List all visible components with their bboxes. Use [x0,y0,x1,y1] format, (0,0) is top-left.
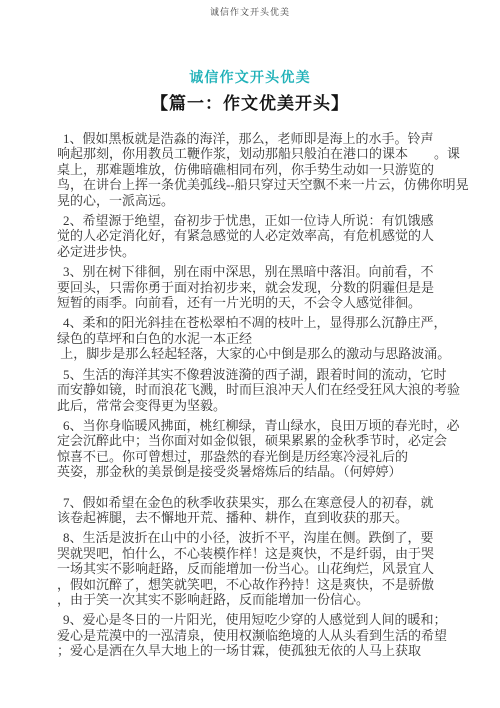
running-header: 诚信作文开头优美 [0,0,500,18]
document-body: 1、假如黑板就是浩淼的海洋，那么，老师即是海上的水手。铃声 响起那刻，你用教员工… [57,131,470,659]
paragraph: 3、别在树下徘徊，别在雨中深思，别在黑暗中落泪。向前看，不 要回头，只需你勇于面… [57,264,470,310]
paragraph: 5、生活的海洋其实不像碧波涟漪的西子湖，跟着时间的流动，它时 而安静如镜，时而浪… [57,367,470,413]
paragraph: 4、柔和的阳光斜挂在苍松翠柏不凋的枝叶上，显得那么沉静庄严， 绿色的草坪和白色的… [57,315,470,361]
paragraph: 6、当你身临暖风拂面，桃红柳绿，青山绿水，良田万顷的春光时，必 定会沉醉此中；当… [57,418,470,480]
paragraph: 8、生活是波折在山中的小径，波折不平，沟崖在侧。跌倒了，要 哭就哭吧，怕什么，不… [57,530,470,607]
document-page: 诚信作文开头优美 诚信作文开头优美 【篇一：作文优美开头】 1、假如黑板就是浩淼… [0,0,500,708]
paragraph: 7、假如希望在金色的秋季收获果实，那么在寒意侵人的初春，就 该卷起裤腿，去不懈地… [57,495,470,526]
section-title: 【篇一：作文优美开头】 [0,89,500,114]
paragraph: 2、希望源于绝望，奋初步于忧患，正如一位诗人所说：有饥饿感 觉的人必定消化好，有… [57,213,470,259]
document-title: 诚信作文开头优美 [0,67,500,87]
paragraph: 1、假如黑板就是浩淼的海洋，那么，老师即是海上的水手。铃声 响起那刻，你用教员工… [57,131,470,208]
paragraph: 9、爱心是冬日的一片阳光，使用短吃少穿的人感觉到人间的暖和； 爱心是荒漠中的一泓… [57,612,470,658]
